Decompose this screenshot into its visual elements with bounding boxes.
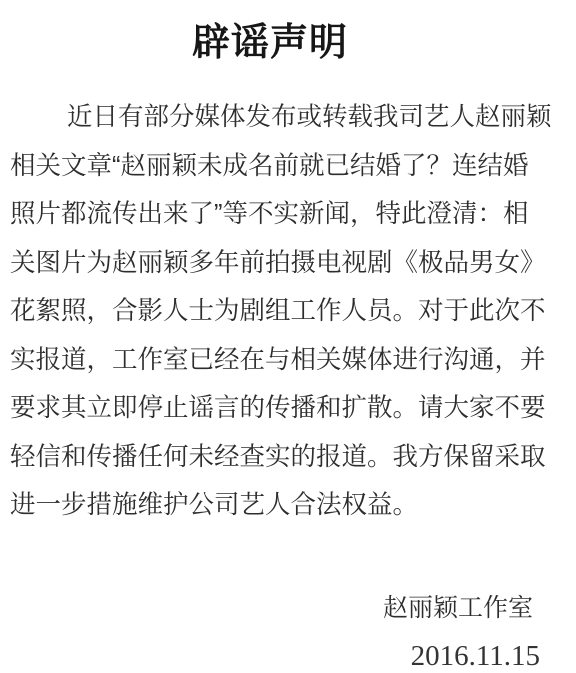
statement-line: 实报道，工作室已经在与相关媒体进行沟通，并 [10, 336, 576, 385]
statement-signature: 赵丽颖工作室 [0, 592, 576, 624]
statement-line: 花絮照，合影人士为剧组工作人员。对于此次不 [10, 287, 576, 336]
statement-line: 照片都流传出来了”等不实新闻，特此澄清：相 [10, 190, 576, 239]
statement-line: 相关文章“赵丽颖未成名前就已结婚了？连结婚 [10, 142, 576, 191]
statement-line: 要求其立即停止谣言的传播和扩散。请大家不要 [10, 384, 576, 433]
statement-line: 近日有部分媒体发布或转载我司艺人赵丽颖 [10, 93, 576, 142]
statement-document: 辟谣声明 近日有部分媒体发布或转载我司艺人赵丽颖 相关文章“赵丽颖未成名前就已结… [0, 0, 576, 673]
statement-body: 近日有部分媒体发布或转载我司艺人赵丽颖 相关文章“赵丽颖未成名前就已结婚了？连结… [0, 93, 576, 530]
statement-title: 辟谣声明 [0, 0, 576, 71]
statement-line: 轻信和传播任何未经查实的报道。我方保留采取 [10, 433, 576, 482]
statement-date: 2016.11.15 [0, 641, 576, 671]
statement-line: 进一步措施维护公司艺人合法权益。 [10, 481, 576, 530]
statement-line: 关图片为赵丽颖多年前拍摄电视剧《极品男女》 [10, 239, 576, 288]
